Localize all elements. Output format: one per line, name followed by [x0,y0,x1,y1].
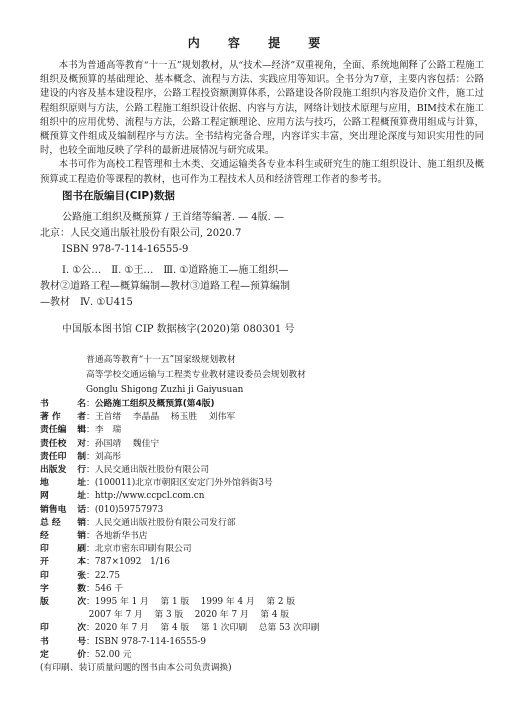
colophon-value-printer: 北京市密东印刷有限公司 [95,543,192,556]
colophon-row: 印刷：北京市密东印刷有限公司 [40,543,320,556]
cip-number: 中国版本图书馆 CIP 数据核字(2020)第 080301 号 [62,322,402,338]
colophon-value-distributor: 各地新华书店 [95,530,148,543]
colophon-row: 著 作者：王首绪 李晶晶 杨玉胜 刘伟军 [40,411,320,424]
colophon-label: 销 [77,530,86,543]
colophon-row: 开本：787×1092 1/16 [40,556,320,569]
abstract: 本书为普通高等教育“十一五”规划教材，从“技术—经济”双重视角，全面、系统地阐释… [40,59,484,187]
colophon-label: 名 [77,398,86,411]
cip-entry: 公路施工组织及概预算 / 王首绪等编著. — 4版. — 北京：人民交通出版社股… [40,210,340,258]
colophon-row: 书名：公路施工组织及概预算(第4版) [40,398,320,411]
colophon-label: 本 [77,556,86,569]
colophon-value-general-distributor: 人民交通出版社股份有限公司发行部 [95,517,236,530]
series-line: 普通高等教育“十一五”国家级规划教材 [86,353,306,368]
colophon-label: 著 作 [40,411,61,424]
colophon-value-isbn: ISBN 978-7-114-16555-9 [95,636,206,649]
colophon-row: 责任校对：孙国靖 魏佳宁 [40,438,320,451]
colophon-label: 书 [40,636,49,649]
colophon-label: 印 [40,622,49,635]
page-title: 内 容 提 要 [0,34,520,51]
colophon-value-address: (100011)北京市朝阳区安定门外外馆斜街3号 [95,477,273,490]
series-info: 普通高等教育“十一五”国家级规划教材 高等学校交通运输与工程类专业教材建设委员会… [86,353,306,398]
colophon-label: 次 [77,622,86,635]
colophon-row: 版次：1995 年 1 月 第 1 版 1999 年 4 月 第 2 版 [40,596,320,609]
colophon-row: 责任印制：刘高彤 [40,451,320,464]
colophon-label: 址 [77,477,86,490]
colophon-label: 出版发 [40,464,66,477]
colophon-label: 责任校 [40,438,66,451]
colophon-label: 次 [77,596,86,609]
colophon-value-phone: (010)59757973 [95,504,163,517]
cip-heading: 图书在版编目(CIP)数据 [62,188,175,203]
colophon-label: 销 [77,517,86,530]
pinyin-title: Gonglu Shigong Zuzhi ji Gaiyusuan [86,383,306,398]
colophon-label: 版 [40,596,49,609]
colophon-value-publisher: 人民交通出版社股份有限公司 [95,464,209,477]
colophon-value-proofreader: 孙国靖 魏佳宁 [95,438,159,451]
abstract-paragraph: 本书可作为高校工程管理和土木类、交通运输类各专业本科生或研究生的施工组织设计、施… [40,158,484,186]
cip-isbn: ISBN 978-7-114-16555-9 [40,242,340,258]
colophon-label: 者 [77,411,86,424]
colophon-label: 辑 [77,424,86,437]
abstract-paragraph: 本书为普通高等教育“十一五”规划教材，从“技术—经济”双重视角，全面、系统地阐释… [40,59,484,158]
colophon: 书名：公路施工组织及概预算(第4版) 著 作者：王首绪 李晶晶 杨玉胜 刘伟军 … [40,398,320,675]
cip-entry-line: 北京：人民交通出版社股份有限公司, 2020.7 [40,226,340,242]
colophon-row: 责任编辑：李 瑞 [40,424,320,437]
colophon-row: 出版发行：人民交通出版社股份有限公司 [40,464,320,477]
colophon-value-authors: 王首绪 李晶晶 杨玉胜 刘伟军 [95,411,235,424]
colophon-label: 对 [77,438,86,451]
colophon-row: 总 经销：人民交通出版社股份有限公司发行部 [40,517,320,530]
cip-entry-line: 公路施工组织及概预算 / 王首绪等编著. — 4版. — [40,210,340,226]
colophon-row: 经销：各地新华书店 [40,530,320,543]
colophon-row: 印次：2020 年 7 月 第 4 版 第 1 次印刷 总第 53 次印刷 [40,622,320,635]
colophon-row: 地址：(100011)北京市朝阳区安定门外外馆斜街3号 [40,477,320,490]
colophon-row: 网址：http://www.ccpcl.com.cn [40,490,320,503]
colophon-value-sheets: 22.75 [95,570,120,583]
colophon-value-title: 公路施工组织及概预算(第4版) [95,398,215,411]
colophon-value-format: 787×1092 1/16 [95,556,170,569]
colophon-label: 印 [40,543,49,556]
colophon-value-printings: 2020 年 7 月 第 4 版 第 1 次印刷 总第 53 次印刷 [95,622,320,635]
colophon-label: 价 [77,649,86,662]
colophon-label: 销售电 [40,504,66,517]
colophon-label: 张 [77,570,86,583]
colophon-row: 印张：22.75 [40,570,320,583]
quality-note: (有印刷、装订质量问题的图书由本公司负责调换) [40,662,320,675]
colophon-row: 2007 年 7 月 第 3 版 2020 年 7 月 第 4 版 [40,609,320,622]
colophon-row: 字数：546 千 [40,583,320,596]
colophon-label: 字 [40,583,49,596]
colophon-label: 网 [40,490,49,503]
colophon-value-editions-cont: 2007 年 7 月 第 3 版 2020 年 7 月 第 4 版 [89,609,289,622]
colophon-label: 印 [40,570,49,583]
colophon-label: 地 [40,477,49,490]
colophon-label: 数 [77,583,86,596]
cip-class-line: Ⅰ. ①公… Ⅱ. ①王… Ⅲ. ①道路施工—施工组织— [40,263,340,279]
colophon-row: 书号：ISBN 978-7-114-16555-9 [40,636,320,649]
colophon-label: 制 [77,451,86,464]
copyright-page: 内 容 提 要 本书为普通高等教育“十一五”规划教材，从“技术—经济”双重视角，… [0,0,520,708]
colophon-value-word-count: 546 千 [95,583,123,596]
colophon-value-price: 52.00 元 [95,649,132,662]
colophon-label: 责任编 [40,424,66,437]
colophon-value-website: http://www.ccpcl.com.cn [95,490,205,503]
colophon-value-editor: 李 瑞 [95,424,121,437]
colophon-label: 责任印 [40,451,66,464]
colophon-label: 经 [40,530,49,543]
series-line: 高等学校交通运输与工程类专业教材建设委员会规划教材 [86,368,306,383]
colophon-label: 定 [40,649,49,662]
colophon-value-printing-manager: 刘高彤 [95,451,121,464]
cip-classification: Ⅰ. ①公… Ⅱ. ①王… Ⅲ. ①道路施工—施工组织— 教材②道路工程—概算编… [40,263,340,311]
colophon-label: 址 [77,490,86,503]
colophon-label: 话 [77,504,86,517]
colophon-row: 定价：52.00 元 [40,649,320,662]
cip-class-line: 教材②道路工程—概算编制—教材③道路工程—预算编制 [40,279,340,295]
colophon-label: 书 [40,398,49,411]
colophon-row: 销售电话：(010)59757973 [40,504,320,517]
colophon-label: 刷 [77,543,86,556]
colophon-value-editions: 1995 年 1 月 第 1 版 1999 年 4 月 第 2 版 [95,596,295,609]
cip-class-line: —教材 Ⅳ. ①U415 [40,295,340,311]
colophon-label: 号 [77,636,86,649]
colophon-label: 行 [77,464,86,477]
colophon-label: 开 [40,556,49,569]
colophon-label: 总 经 [40,517,61,530]
